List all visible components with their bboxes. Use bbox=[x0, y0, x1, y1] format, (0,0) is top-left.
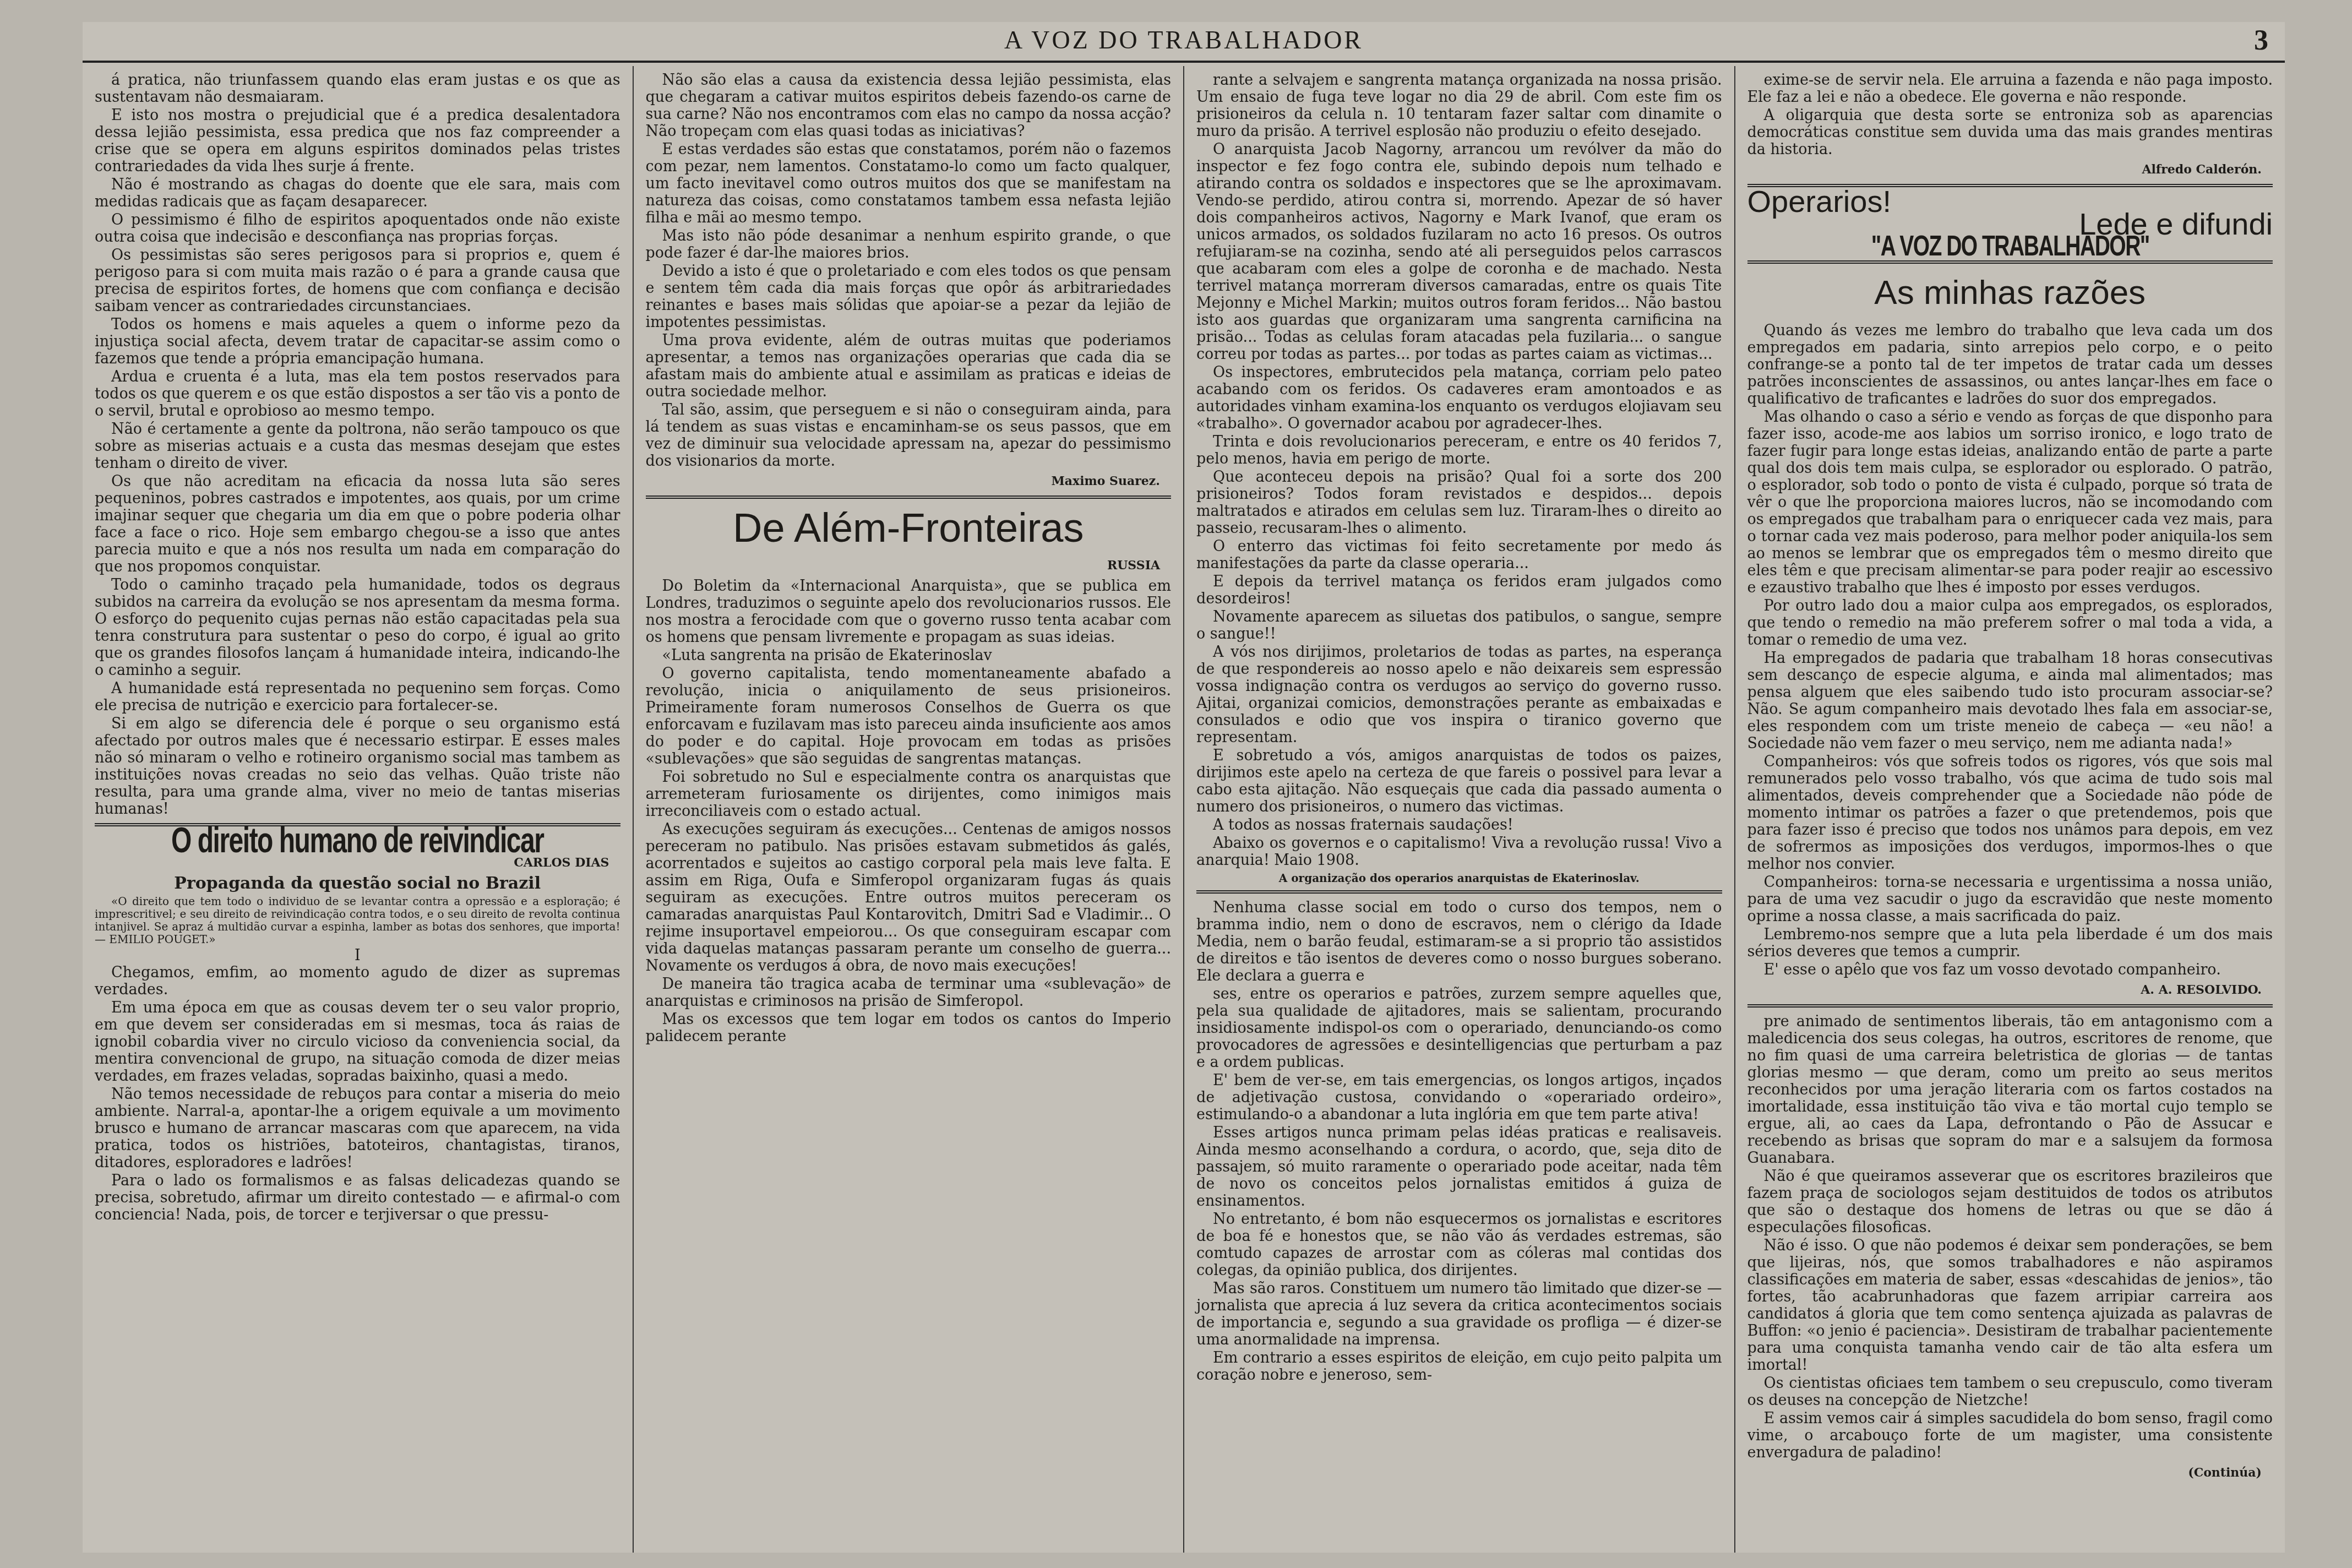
paragraph: O anarquista Jacob Nagorny, arrancou um … bbox=[1196, 141, 1722, 363]
paragraph: Ardua e cruenta é a luta, mas ela tem po… bbox=[95, 368, 620, 420]
paragraph: Por outro lado dou a maior culpa aos emp… bbox=[1747, 597, 2273, 649]
subheadline: Propaganda da questão social no Brazil bbox=[95, 875, 620, 892]
headline-alem-fronteiras: De Além-Fronteiras bbox=[646, 504, 1172, 552]
headline-minhas-razoes: As minhas razões bbox=[1747, 269, 2273, 317]
newspaper-title: A VOZ DO TRABALHADOR bbox=[83, 25, 2285, 55]
paragraph: E' bem de ver-se, em tais emergencias, o… bbox=[1196, 1072, 1722, 1123]
paragraph: Tal são, assim, que perseguem e si não o… bbox=[646, 401, 1172, 470]
article-continuation: Não são elas a causa da existencia dessa… bbox=[646, 72, 1172, 470]
paragraph: A vós nos dirijimos, proletarios de toda… bbox=[1196, 644, 1722, 746]
section-russia: RUSSIA bbox=[657, 557, 1161, 574]
paragraph: exime-se de servir nela. Ele arruina a f… bbox=[1747, 72, 2273, 106]
epigraph: «O direito que tem todo o individuo de s… bbox=[95, 895, 620, 946]
paragraph: Devido a isto é que o proletariado e com… bbox=[646, 263, 1172, 331]
paragraph: A todos as nossas fraternais saudações! bbox=[1196, 816, 1722, 834]
paragraph: pre animado de sentimentos liberais, tão… bbox=[1747, 1013, 2273, 1167]
article-direito-humano: Chegamos, emfim, ao momento agudo de diz… bbox=[95, 964, 620, 1223]
paragraph: No entretanto, é bom não esquecermos os … bbox=[1196, 1211, 1722, 1279]
headline-direito-humano: O direito humano de reivindicar bbox=[160, 832, 554, 849]
masthead: A VOZ DO TRABALHADOR 3 bbox=[83, 22, 2285, 63]
paragraph: Não é que queiramos asseverar que os esc… bbox=[1747, 1168, 2273, 1236]
paragraph: E estas verdades são estas que constatam… bbox=[646, 141, 1172, 226]
article-oligarquia: exime-se de servir nela. Ele arruina a f… bbox=[1747, 72, 2273, 158]
paragraph: Todos os homens e mais aqueles a quem o … bbox=[95, 316, 620, 367]
newspaper-page: A VOZ DO TRABALHADOR 3 á pratica, não tr… bbox=[83, 22, 2285, 1553]
paragraph: Em contrario a esses espiritos de eleiçã… bbox=[1196, 1349, 1722, 1384]
article-pessimismo: á pratica, não triunfassem quando elas e… bbox=[95, 72, 620, 818]
paragraph: Que aconteceu depois na prisão? Qual foi… bbox=[1196, 469, 1722, 537]
paragraph: Os pessimistas são seres perigosos para … bbox=[95, 247, 620, 315]
paragraph: Mas os excessos que tem logar em todos o… bbox=[646, 1011, 1172, 1045]
paragraph: Os cientistas oficiaes tem tambem o seu … bbox=[1747, 1375, 2273, 1409]
paragraph: Não é certamente a gente da poltrona, nã… bbox=[95, 421, 620, 472]
callout-title: "A VOZ DO TRABALHADOR" bbox=[1813, 238, 2207, 255]
signature: A. A. RESOLVIDO. bbox=[1758, 982, 2262, 999]
paragraph: As execuções seguiram ás execuções... Ce… bbox=[646, 821, 1172, 974]
paragraph: E isto nos mostra o prejudicial que é a … bbox=[95, 107, 620, 175]
paragraph: Do Boletim da «Internacional Anarquista»… bbox=[646, 578, 1172, 646]
section-numeral: I bbox=[95, 947, 620, 964]
columns: á pratica, não triunfassem quando elas e… bbox=[83, 66, 2285, 1553]
column-2: Não são elas a causa da existencia dessa… bbox=[634, 66, 1185, 1553]
paragraph: Os que não acreditam na eficacia da noss… bbox=[95, 473, 620, 575]
paragraph: E assim vemos cair á simples sacudidela … bbox=[1747, 1410, 2273, 1461]
paragraph: «Luta sangrenta na prisão de Ekaterinosl… bbox=[646, 647, 1172, 664]
paragraph: Companheiros: vós que sofreis todos os r… bbox=[1747, 753, 2273, 873]
paragraph: á pratica, não triunfassem quando elas e… bbox=[95, 72, 620, 106]
signature: Alfredo Calderón. bbox=[1758, 161, 2262, 178]
paragraph: Não são elas a causa da existencia dessa… bbox=[646, 72, 1172, 140]
paragraph: Companheiros: torna-se necessaria e urge… bbox=[1747, 874, 2273, 925]
paragraph: Esses artigos nunca primam pelas idéas p… bbox=[1196, 1124, 1722, 1210]
paragraph: A humanidade está representada no pequen… bbox=[95, 680, 620, 714]
paragraph: ses, entre os operarios e patrões, zurze… bbox=[1196, 986, 1722, 1071]
paragraph: Chegamos, emfim, ao momento agudo de diz… bbox=[95, 964, 620, 998]
paragraph: Não é mostrando as chagas do doente que … bbox=[95, 176, 620, 210]
paragraph: Não temos necessidade de rebuços para co… bbox=[95, 1086, 620, 1171]
paragraph: De maneira tão tragica acaba de terminar… bbox=[646, 976, 1172, 1010]
column-4: exime-se de servir nela. Ele arruina a f… bbox=[1735, 66, 2285, 1553]
article-alem-fronteiras: Do Boletim da «Internacional Anarquista»… bbox=[646, 578, 1172, 1045]
article-sociologos: pre animado de sentimentos liberais, tão… bbox=[1747, 1013, 2273, 1461]
callout-box: Operarios! Lede e difundi "A VOZ DO TRAB… bbox=[1747, 193, 2273, 255]
paragraph: rante a selvajem e sangrenta matança org… bbox=[1196, 72, 1722, 140]
paragraph: Nenhuma classe social em todo o curso do… bbox=[1196, 899, 1722, 984]
signature: Maximo Suarez. bbox=[657, 473, 1161, 490]
paragraph: E sobretudo a vós, amigos anarquistas de… bbox=[1196, 747, 1722, 815]
column-1: á pratica, não triunfassem quando elas e… bbox=[83, 66, 634, 1553]
paragraph: Não é isso. O que não podemos é deixar s… bbox=[1747, 1237, 2273, 1374]
paragraph: Ha empregados de padaria que trabalham 1… bbox=[1747, 650, 2273, 752]
paragraph: Os inspectores, embrutecidos pela matanç… bbox=[1196, 364, 1722, 432]
paragraph: E depois da terrivel matança os feridos … bbox=[1196, 573, 1722, 607]
paragraph: A oligarquia que desta sorte se entroniz… bbox=[1747, 107, 2273, 158]
paragraph: O enterro das victimas foi feito secreta… bbox=[1196, 538, 1722, 572]
continued-note: (Continúa) bbox=[1758, 1464, 2262, 1482]
divider bbox=[1196, 890, 1722, 894]
page-number: 3 bbox=[2254, 24, 2268, 57]
column-3: rante a selvajem e sangrenta matança org… bbox=[1184, 66, 1735, 1553]
paragraph: E' esse o apêlo que vos faz um vosso dev… bbox=[1747, 961, 2273, 978]
divider bbox=[1747, 1004, 2273, 1008]
paragraph: Si em algo se diferencia dele é porque o… bbox=[95, 715, 620, 818]
paragraph: Foi sobretudo no Sul e especialmente con… bbox=[646, 769, 1172, 820]
paragraph: Trinta e dois revolucionarios pereceram,… bbox=[1196, 433, 1722, 467]
paragraph: Em uma época em que as cousas devem ter … bbox=[95, 999, 620, 1085]
divider bbox=[646, 496, 1172, 499]
paragraph: Lembremo-nos sempre que a luta pela libe… bbox=[1747, 926, 2273, 960]
signature: A organização dos operarios anarquistas … bbox=[1207, 872, 1711, 885]
paragraph: Mas olhando o caso a sério e vendo as fo… bbox=[1747, 409, 2273, 596]
paragraph: Mas isto não póde desanimar a nenhum esp… bbox=[646, 227, 1172, 262]
paragraph: Mas são raros. Constituem um numero tão … bbox=[1196, 1280, 1722, 1348]
article-ekaterinoslav: rante a selvajem e sangrenta matança org… bbox=[1196, 72, 1722, 869]
paragraph: Novamente aparecem as siluetas dos patib… bbox=[1196, 608, 1722, 643]
paragraph: Uma prova evidente, além de outras muita… bbox=[646, 332, 1172, 400]
paragraph: Todo o caminho traçado pela humanidade, … bbox=[95, 576, 620, 679]
article-jornalistas: Nenhuma classe social em todo o curso do… bbox=[1196, 899, 1722, 1384]
paragraph: O governo capitalista, tendo momentaneam… bbox=[646, 665, 1172, 767]
paragraph: Abaixo os governos e o capitalismo! Viva… bbox=[1196, 835, 1722, 869]
paragraph: Quando ás vezes me lembro do trabalho qu… bbox=[1747, 322, 2273, 407]
article-minhas-razoes: Quando ás vezes me lembro do trabalho qu… bbox=[1747, 322, 2273, 978]
paragraph: Para o lado os formalismos e as falsas d… bbox=[95, 1172, 620, 1223]
paragraph: O pessimismo é filho de espiritos apoque… bbox=[95, 211, 620, 246]
